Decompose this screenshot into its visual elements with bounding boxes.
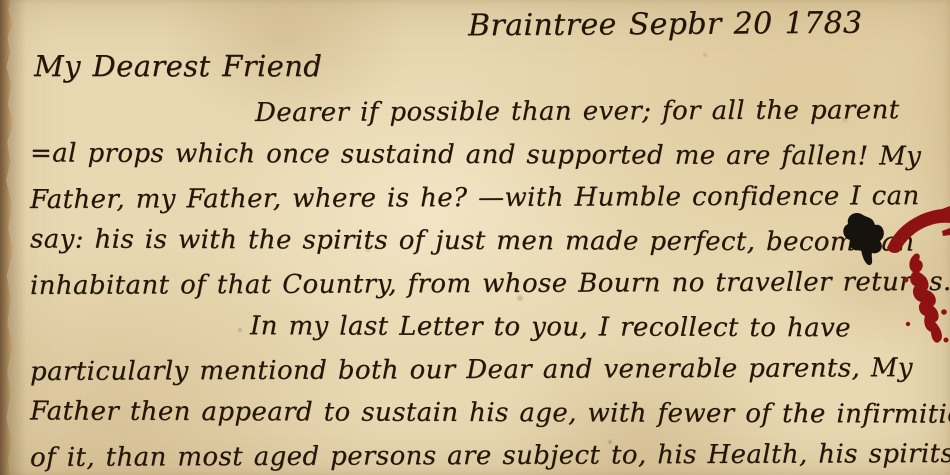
letter-line: inhabitant of that Country, from whose B…	[30, 261, 930, 308]
ink-blot-icon	[841, 212, 887, 268]
wax-seal-stain-icon	[882, 201, 950, 253]
letter-line: In my last Letter to you, I recollect to…	[30, 304, 930, 350]
letter-line: Dearer if possible than ever; for all th…	[30, 89, 930, 136]
wax-seal-drip-icon	[898, 250, 950, 347]
letter-line: =al props which once sustaind and suppor…	[30, 132, 930, 178]
salutation: My Dearest Friend	[34, 49, 322, 83]
letter-body: Dearer if possible than ever; for all th…	[30, 91, 930, 475]
letter-line: Father then appeard to sustain his age, …	[30, 390, 930, 436]
letter-line: particularly mentiond both our Dear and …	[30, 347, 930, 394]
letter-line: say: his is with the spirits of just men…	[30, 218, 930, 264]
letter-page: Braintree Sepbr 20 1783 My Dearest Frien…	[0, 0, 950, 475]
letter-line: Father, my Father, where is he? —with Hu…	[30, 175, 930, 222]
dateline: Braintree Sepbr 20 1783	[467, 6, 862, 44]
letter-line: of it, than most aged persons are subjec…	[30, 433, 930, 475]
